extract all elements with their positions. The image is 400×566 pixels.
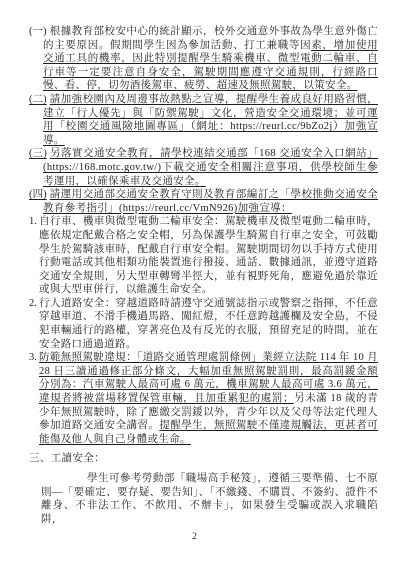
- list-marker: 1.: [29, 215, 39, 229]
- page-number: 2: [20, 531, 369, 545]
- text-segment: 請運用交通部交通安全教育守則及教育部編訂之「學校推動交通安全教育參考指引」(ht…: [43, 189, 378, 214]
- text-segment: 學生可參考勞動部「職場高手秘笈」，遵循三要準備、七不原則—「要確定、要存疑、要告…: [41, 473, 378, 525]
- text-segment: 自行車、機車與微型電動二輪車安全：駕駛機車及微型電動二輪車時，應依規定配戴合格之…: [39, 216, 378, 295]
- text-segment: 另落實交通安全教育，請學校連結交通部「168 交通安全入口網站」(https:/…: [43, 148, 378, 186]
- paragraph: (二)請加強校園內及周邊事故熱點之宣導，提醒學生養成良好用路習慣，建立「行人優先…: [29, 93, 378, 147]
- list-marker: (三): [29, 148, 47, 159]
- text-segment: 行人道路安全：穿越道路時請遵守交通號誌指示或警察之指揮，不任意穿越車道、不滑手機…: [39, 298, 378, 350]
- paragraph: (一)根據教育部校安中心的統計顯示，校外交通意外事故為學生意外傷亡的主要原因。假…: [29, 25, 378, 93]
- paragraph: 3.防範無照駕駛違規：「道路交通管理處罰條例」業經立法院 114 年 10 月 …: [29, 351, 378, 446]
- list-marker: 2.: [29, 297, 39, 311]
- document-body: (一)根據教育部校安中心的統計顯示，校外交通意外事故為學生意外傷亡的主要原因。假…: [29, 25, 378, 526]
- text-segment: 請加強校園內及周邊事故熱點之宣導，提醒學生養成良好用路習慣，建立「行人優先」與「…: [43, 94, 378, 146]
- list-marker: (一): [29, 26, 47, 37]
- paragraph: 1.自行車、機車與微型電動二輪車安全：駕駛機車及微型電動二輪車時，應依規定配戴合…: [29, 215, 378, 297]
- paragraph: 2.行人道路安全：穿越道路時請遵守交通號誌指示或警察之指揮，不任意穿越車道、不滑…: [29, 297, 378, 351]
- paragraph: (三)另落實交通安全教育，請學校連結交通部「168 交通安全入口網站」(http…: [29, 147, 378, 188]
- document-page: (一)根據教育部校安中心的統計顯示，校外交通意外事故為學生意外傷亡的主要原因。假…: [0, 0, 400, 566]
- list-marker: (二): [29, 94, 47, 105]
- paragraph: 學生可參考勞動部「職場高手秘笈」，遵循三要準備、七不原則—「要確定、要存疑、要告…: [41, 472, 378, 526]
- section-heading: 三、工讀安全：: [29, 452, 378, 466]
- list-marker: 3.: [29, 351, 39, 365]
- text-segment: 三、工讀安全：: [29, 453, 105, 464]
- list-marker: (四): [29, 189, 47, 200]
- paragraph: (四)請運用交通部交通安全教育守則及教育部編訂之「學校推動交通安全教育參考指引」…: [29, 188, 378, 215]
